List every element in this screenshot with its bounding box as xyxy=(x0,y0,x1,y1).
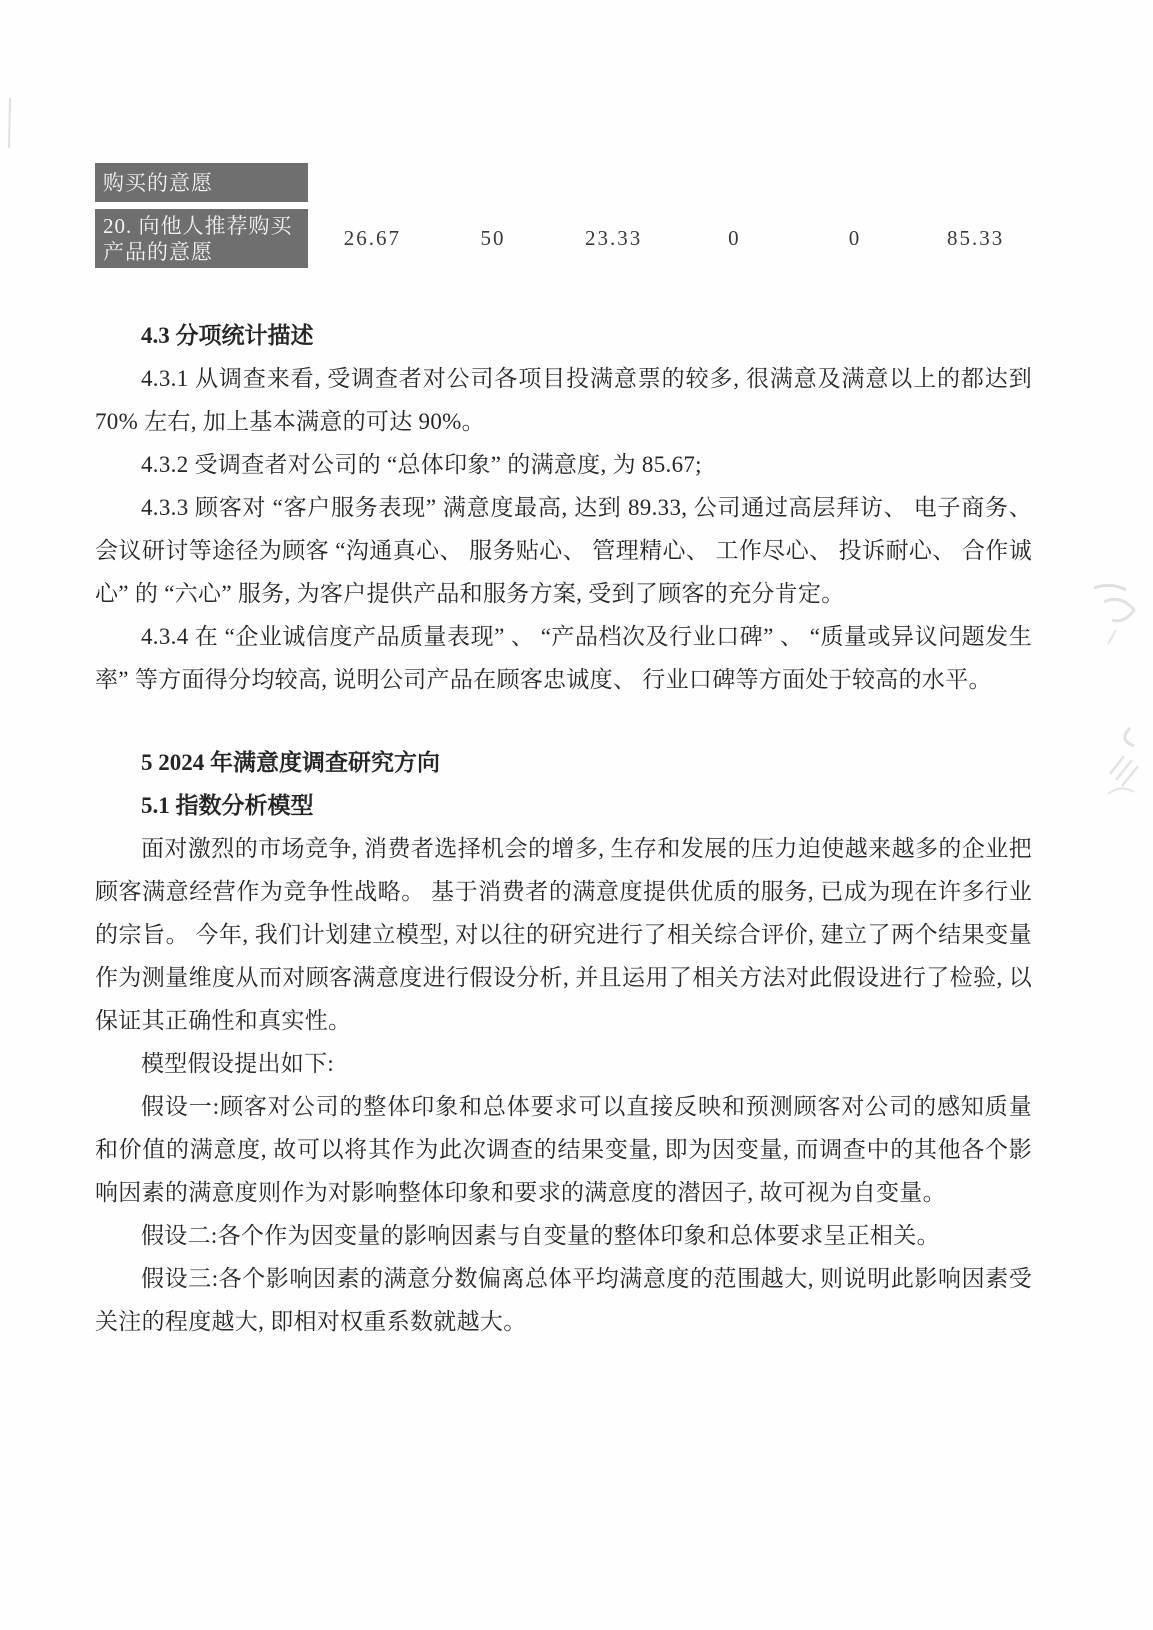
paragraph-hypothesis-1: 假设一:顾客对公司的整体印象和总体要求可以直接反映和预测顾客对公司的感知质量和价… xyxy=(95,1085,1032,1214)
table-cell xyxy=(799,163,912,197)
paragraph-model-hypotheses-intro: 模型假设提出如下: xyxy=(95,1042,1032,1085)
table-cell xyxy=(678,163,791,197)
paragraph-4-3-1: 4.3.1 从调查来看, 受调查者对公司各项目投满意票的较多, 很满意及满意以上… xyxy=(95,357,1032,443)
paragraph-4-3-3: 4.3.3 顾客对 “客户服务表现” 满意度最高, 达到 89.33, 公司通过… xyxy=(95,486,1032,615)
paragraph-hypothesis-2: 假设二:各个作为因变量的影响因素与自变量的整体印象和总体要求呈正相关。 xyxy=(95,1214,1032,1257)
table-cell xyxy=(316,163,429,197)
paragraph-4-3-2: 4.3.2 受调查者对公司的 “总体印象” 的满意度, 为 85.67; xyxy=(95,443,1032,486)
table-cell xyxy=(919,163,1032,197)
paragraph-4-3-4: 4.3.4 在 “企业诚信度产品质量表现” 、 “产品档次及行业口碑” 、 “质… xyxy=(95,615,1032,701)
table-cell: 23.33 xyxy=(557,209,670,268)
table-cell xyxy=(437,163,550,197)
satisfaction-score-table: 购买的意愿 20. 向他人推荐购买产品的意愿 26.67 50 23.33 0 … xyxy=(95,163,1032,268)
table-cell: 0 xyxy=(799,209,912,268)
section-heading-4-3: 4.3 分项统计描述 xyxy=(95,314,1032,357)
table-cell: 26.67 xyxy=(316,209,429,268)
table-cell xyxy=(557,163,670,197)
table-cell: 85.33 xyxy=(919,209,1032,268)
scan-artifact-right-smudge-1 xyxy=(1086,580,1146,650)
section-heading-5: 5 2024 年满意度调查研究方向 xyxy=(95,741,1032,784)
paragraph-hypothesis-3: 假设三:各个影响因素的满意分数偏离总体平均满意度的范围越大, 则说明此影响因素受… xyxy=(95,1257,1032,1343)
scan-artifact-right-smudge-2 xyxy=(1090,722,1150,822)
section-heading-5-1: 5.1 指数分析模型 xyxy=(95,784,1032,827)
scanned-document-page: 购买的意愿 20. 向他人推荐购买产品的意愿 26.67 50 23.33 0 … xyxy=(0,0,1153,1630)
table-row-header-recommend-intent: 20. 向他人推荐购买产品的意愿 xyxy=(95,209,308,268)
scan-artifact-left-edge xyxy=(6,98,14,148)
table-cell: 0 xyxy=(678,209,791,268)
document-content: 购买的意愿 20. 向他人推荐购买产品的意愿 26.67 50 23.33 0 … xyxy=(95,163,1032,1343)
table-cell: 50 xyxy=(437,209,550,268)
table-row-header-purchase-intent: 购买的意愿 xyxy=(95,163,308,202)
paragraph-5-1-intro: 面对激烈的市场竞争, 消费者选择机会的增多, 生存和发展的压力迫使越来越多的企业… xyxy=(95,827,1032,1042)
